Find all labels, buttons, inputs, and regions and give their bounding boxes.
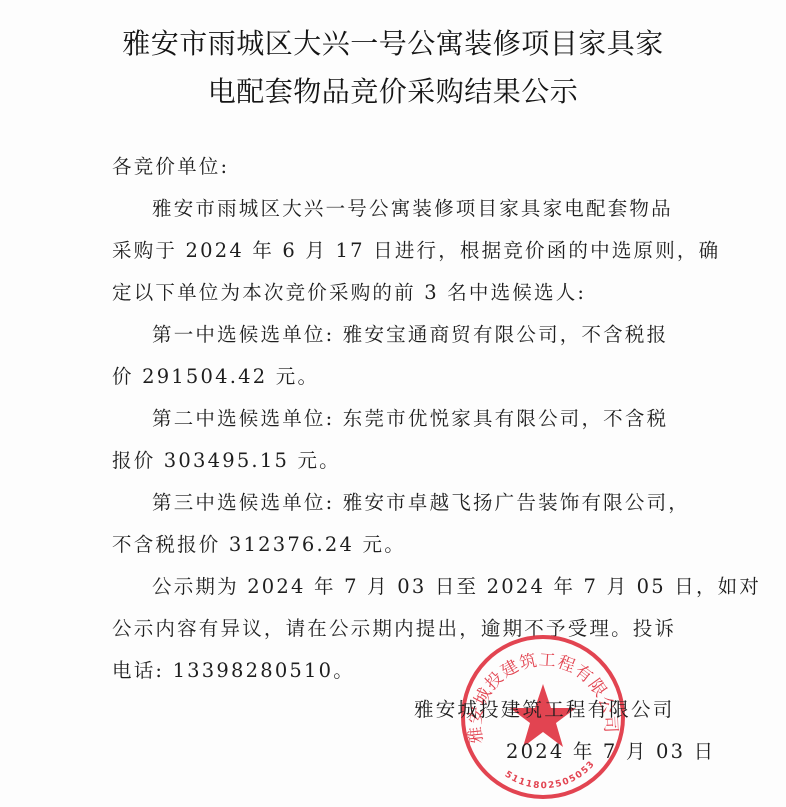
signature-company: 雅安城投建筑工程有限公司 <box>414 694 674 722</box>
intro-line-3: 定以下单位为本次竞价采购的前 3 名中选候选人: <box>112 277 586 305</box>
notice-line-3: 电话: 13398280510。 <box>112 655 355 683</box>
candidate-3-line-2: 不含税报价 312376.24 元。 <box>112 529 406 557</box>
intro-line-1: 雅安市雨城区大兴一号公寓装修项目家具家电配套物品 <box>152 193 673 221</box>
candidate-2-line-2: 报价 303495.15 元。 <box>112 445 341 473</box>
candidate-2-line-1: 第二中选候选单位: 东莞市优悦家具有限公司，不含税 <box>152 403 668 431</box>
notice-line-2: 公示内容有异议，请在公示期内提出，逾期不予受理。投诉 <box>112 613 676 641</box>
salutation: 各竞价单位: <box>112 151 229 179</box>
candidate-1-line-1: 第一中选候选单位: 雅安宝通商贸有限公司，不含税报 <box>152 319 668 347</box>
candidate-3-line-1: 第三中选候选单位: 雅安市卓越飞扬广告装饰有限公司， <box>152 487 690 515</box>
document-page: 雅安市雨城区大兴一号公寓装修项目家具家 电配套物品竞价采购结果公示 各竞价单位:… <box>0 0 786 807</box>
intro-line-2: 采购于 2024 年 6 月 17 日进行，根据竞价函的中选原则，确 <box>112 235 720 263</box>
signature-date: 2024 年 7 月 03 日 <box>506 736 715 764</box>
notice-line-1: 公示期为 2024 年 7 月 03 日至 2024 年 7 月 05 日，如对 <box>152 571 761 599</box>
candidate-1-line-2: 价 291504.42 元。 <box>112 361 319 389</box>
document-title-line1: 雅安市雨城区大兴一号公寓装修项目家具家 <box>0 22 786 62</box>
document-title-line2: 电配套物品竞价采购结果公示 <box>0 70 786 110</box>
